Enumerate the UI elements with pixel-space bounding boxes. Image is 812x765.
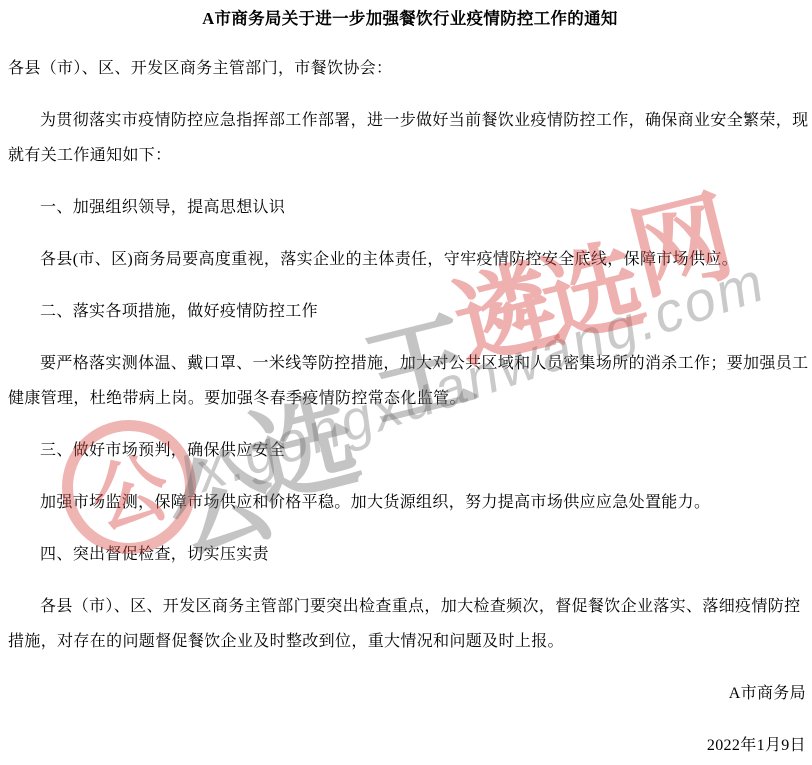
body-paragraph: 各县(市、区)商务局要高度重视，落实企业的主体责任，守牢疫情防控安全底线，保障市… [8, 242, 812, 277]
body-paragraph: 为贯彻落实市疫情防控应急指挥部工作部署，进一步做好当前餐饮业疫情防控工作，确保商… [8, 103, 812, 173]
document-body: A市商务局关于进一步加强餐饮行业疫情防控工作的通知 各县（市）、区、开发区商务主… [0, 8, 812, 763]
section-heading: 二、落实各项措施，做好疫情防控工作 [8, 294, 812, 329]
date-line: 2022年1月9日 [8, 728, 812, 763]
document-title: A市商务局关于进一步加强餐饮行业疫情防控工作的通知 [8, 8, 812, 30]
section-heading: 三、做好市场预判，确保供应安全 [8, 433, 812, 468]
salutation-line: 各县（市）、区、开发区商务主管部门，市餐饮协会： [8, 51, 812, 86]
notice-document: A市商务局关于进一步加强餐饮行业疫情防控工作的通知 各县（市）、区、开发区商务主… [0, 0, 812, 765]
signature-line: A市商务局 [8, 676, 812, 711]
body-paragraph: 加强市场监测，保障市场供应和价格平稳。加大货源组织，努力提高市场供应应急处置能力… [8, 485, 812, 520]
body-paragraph: 各县（市）、区、开发区商务主管部门要突出检查重点，加大检查频次，督促餐饮企业落实… [8, 589, 812, 659]
section-heading: 四、突出督促检查，切实压实责 [8, 537, 812, 572]
body-paragraph: 要严格落实测体温、戴口罩、一米线等防控措施，加大对公共区域和人员密集场所的消杀工… [8, 346, 812, 416]
section-heading: 一、加强组织领导，提高思想认识 [8, 190, 812, 225]
